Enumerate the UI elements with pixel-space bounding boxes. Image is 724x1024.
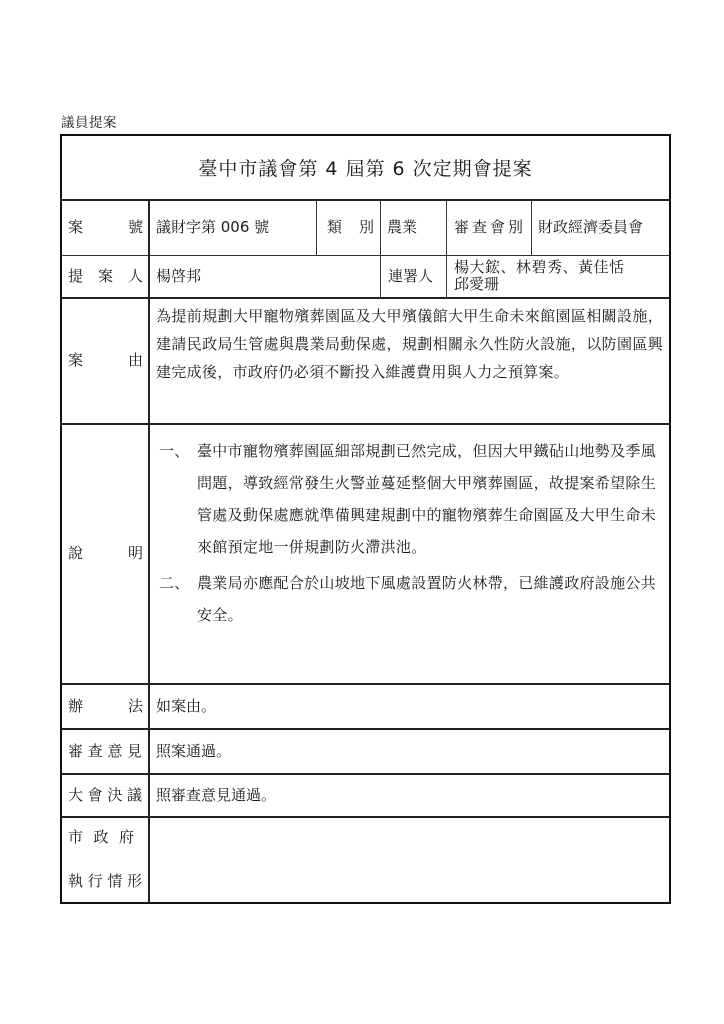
label-char: 執 xyxy=(68,870,83,892)
cosigners-line: 楊大鋐、林碧秀、黃佳恬 xyxy=(454,259,669,276)
execution-label-line: 市 政 府 xyxy=(68,826,142,848)
label-char: 人 xyxy=(128,267,143,285)
label-char: 別 xyxy=(359,218,374,236)
proposer-value: 楊啓邦 xyxy=(149,255,380,297)
execution-label-line: 執 行 情 形 xyxy=(68,870,142,892)
case-number-value: 議財字第 006 號 xyxy=(149,199,316,255)
label-char: 審 xyxy=(68,742,83,760)
explanation-label: 說 明 xyxy=(62,423,148,683)
case-number-label: 案 號 xyxy=(62,199,148,255)
label-char: 決 xyxy=(107,786,122,804)
review-committee-label: 審查會別 xyxy=(447,199,531,255)
review-committee-value: 財政經濟委員會 xyxy=(532,199,669,255)
label-char: 見 xyxy=(127,742,142,760)
item-text: 農業局亦應配合於山坡地下風處設置防火林帶，已維護政府設施公共安全。 xyxy=(197,567,663,631)
assembly-resolution-label: 大 會 決 議 xyxy=(62,773,148,816)
label-char: 類 xyxy=(327,218,342,236)
label-char: 號 xyxy=(128,218,143,236)
label-char: 形 xyxy=(127,870,142,892)
proposal-title: 臺中市議會第 4 屆第 6 次定期會提案 xyxy=(62,136,669,201)
label-char: 案 xyxy=(98,267,113,285)
explanation-body: 一、 臺中市寵物殯葬園區細部規劃已然完成，但因大甲鐵砧山地勢及季風問題，導致經常… xyxy=(149,423,669,683)
item-number: 二、 xyxy=(159,567,197,631)
label-char: 政 xyxy=(93,826,108,848)
reason-label: 案 由 xyxy=(62,297,148,423)
reason-text: 為提前規劃大甲寵物殯葬園區及大甲殯儀館大甲生命未來館園區相關設施，建請民政局生管… xyxy=(149,297,669,423)
category-label: 類 別 xyxy=(317,199,380,255)
proposer-label: 提 案 人 xyxy=(62,255,148,297)
cosigners-label: 連署人 xyxy=(381,255,446,297)
review-opinion-value: 照案通過。 xyxy=(149,728,669,773)
item-number: 一、 xyxy=(159,435,197,563)
label-char: 會 xyxy=(88,786,103,804)
label-char: 案 xyxy=(68,218,83,236)
item-text: 臺中市寵物殯葬園區細部規劃已然完成，但因大甲鐵砧山地勢及季風問題，導致經常發生火… xyxy=(197,435,663,563)
explanation-item: 一、 臺中市寵物殯葬園區細部規劃已然完成，但因大甲鐵砧山地勢及季風問題，導致經常… xyxy=(159,435,663,563)
label-char: 由 xyxy=(128,351,143,369)
label-char: 說 xyxy=(68,544,83,562)
cosigners-line: 邱愛珊 xyxy=(454,276,669,293)
execution-value xyxy=(149,816,669,902)
label-char: 辦 xyxy=(68,697,83,715)
execution-label: 市 政 府 執 行 情 形 xyxy=(62,816,148,902)
label-char: 府 xyxy=(119,826,134,848)
label-char: 情 xyxy=(107,870,122,892)
label-char: 法 xyxy=(128,697,143,715)
proposal-table: 臺中市議會第 4 屆第 6 次定期會提案 案 號 議財字第 006 號 類 別 … xyxy=(60,134,671,904)
cosigners-value: 楊大鋐、林碧秀、黃佳恬 邱愛珊 xyxy=(447,255,669,297)
document-type-label: 議員提案 xyxy=(61,111,117,131)
label-char: 行 xyxy=(88,870,103,892)
method-value: 如案由。 xyxy=(149,683,669,728)
label-char: 提 xyxy=(68,267,83,285)
method-label: 辦 法 xyxy=(62,683,148,728)
label-char: 明 xyxy=(128,544,143,562)
review-opinion-label: 審 查 意 見 xyxy=(62,728,148,773)
explanation-item: 二、 農業局亦應配合於山坡地下風處設置防火林帶，已維護政府設施公共安全。 xyxy=(159,567,663,631)
label-char: 大 xyxy=(68,786,83,804)
label-char: 市 xyxy=(68,826,83,848)
label-char: 意 xyxy=(107,742,122,760)
assembly-resolution-value: 照審查意見通過。 xyxy=(149,773,669,816)
category-value: 農業 xyxy=(381,199,446,255)
label-char: 議 xyxy=(127,786,142,804)
label-char: 案 xyxy=(68,351,83,369)
label-char: 查 xyxy=(88,742,103,760)
